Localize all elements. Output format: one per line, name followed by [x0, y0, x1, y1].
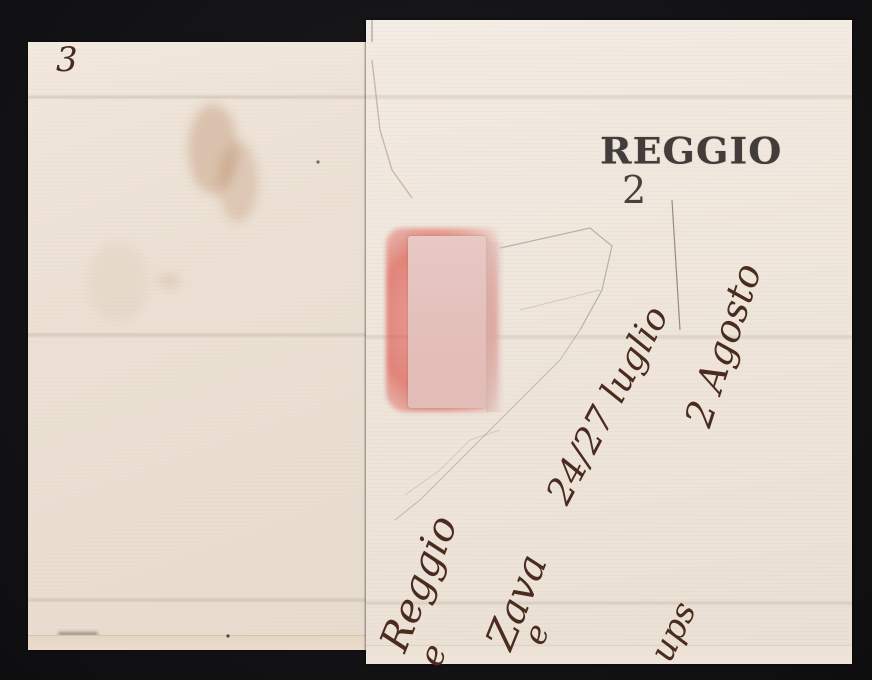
paper-bottom-edge: [28, 635, 373, 650]
letter-back-sheet: [28, 42, 373, 650]
foxing-stain: [158, 274, 180, 288]
corner-number: 3: [56, 40, 78, 80]
wax-seal-remnant: [386, 228, 504, 414]
paper-fold-line: [366, 600, 852, 606]
paper-fold-line: [366, 94, 852, 100]
foxing-stain: [218, 142, 258, 222]
paper-fold-line: [28, 94, 373, 100]
foxing-stain: [88, 242, 148, 322]
postmark-reggio: REGGIO: [600, 129, 782, 172]
paper-fold-line: [28, 597, 373, 603]
seal-paper-patch: [408, 236, 486, 408]
postal-rate-mark: 2: [622, 168, 646, 212]
seal-torn-edge: [486, 242, 504, 412]
paper-fold-line: [28, 332, 373, 338]
